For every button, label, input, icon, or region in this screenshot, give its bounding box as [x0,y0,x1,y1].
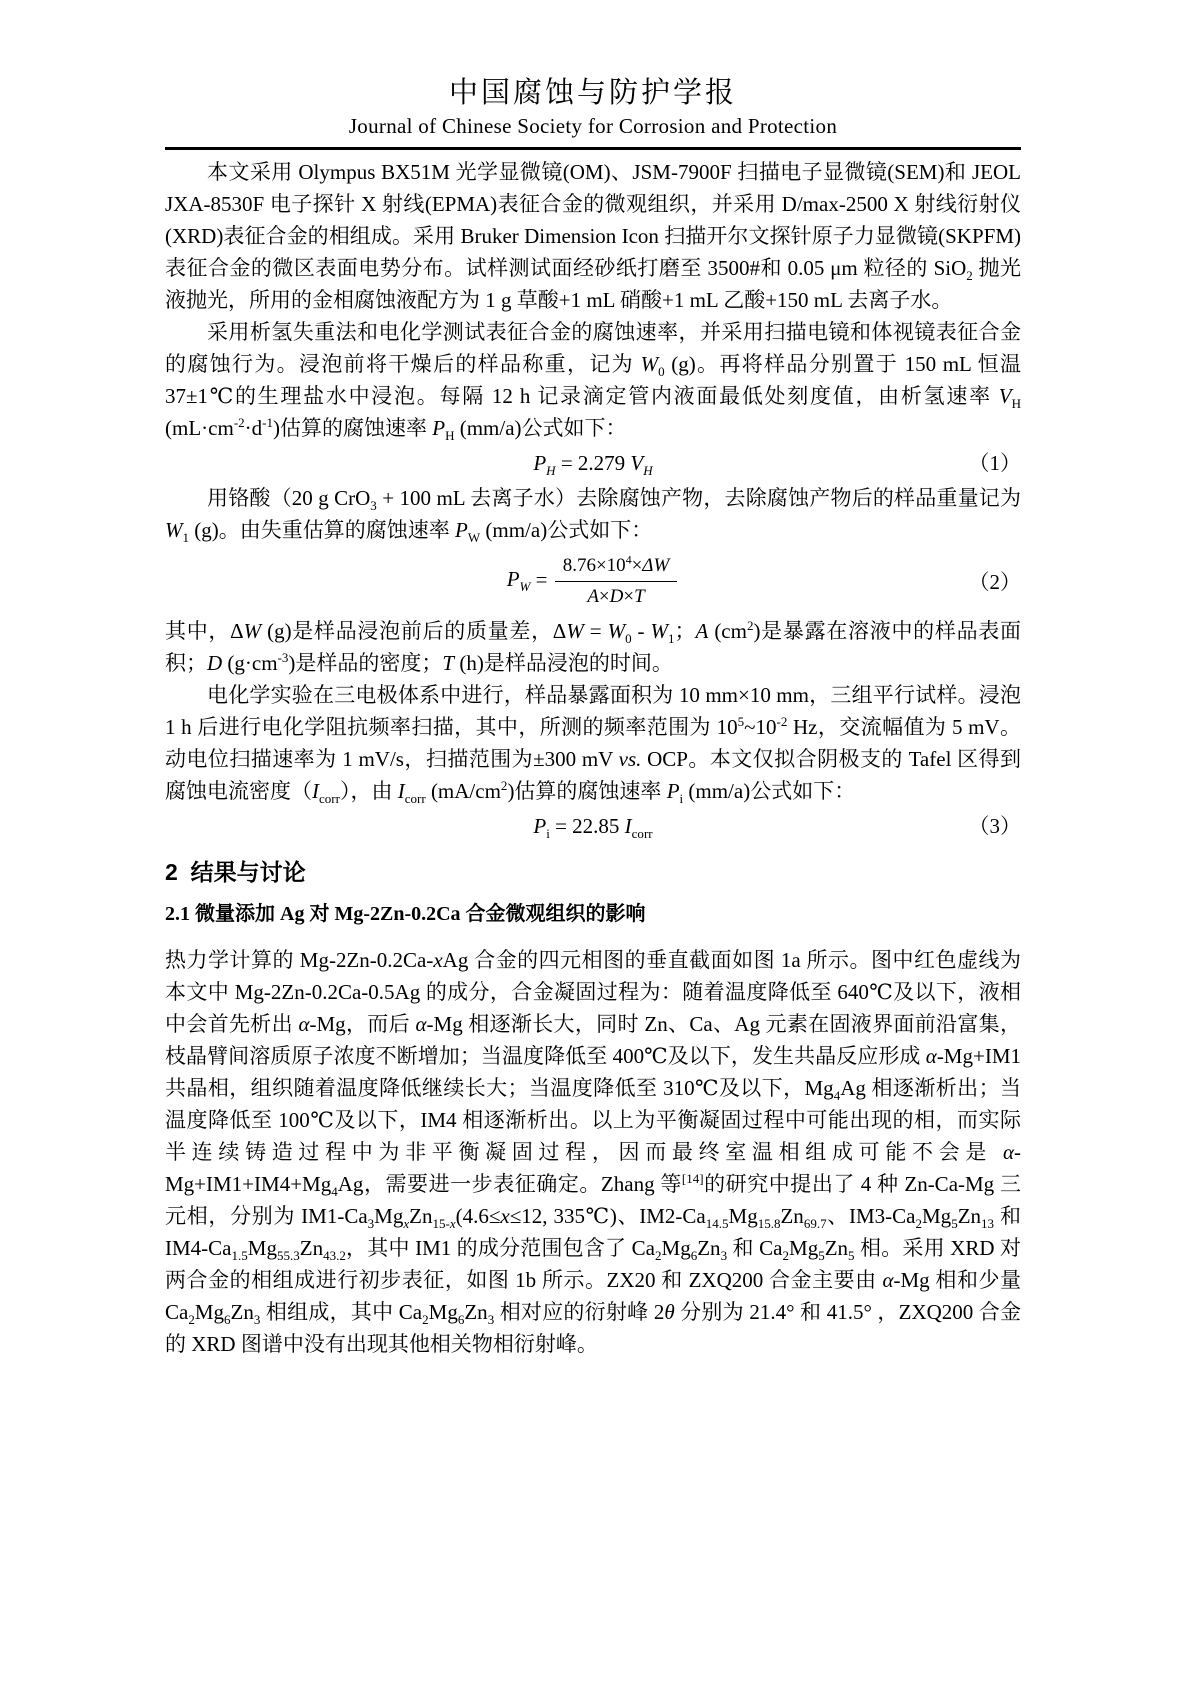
journal-title-cn: 中国腐蚀与防护学报 [165,76,1021,110]
paragraph-chromic-acid-cleaning: 用铬酸（20 g CrO3 + 100 mL 去离子水）去除腐蚀产物，去除腐蚀产… [165,482,1021,546]
equation-2-formula: PW = 8.76×104×ΔW A×D×T [507,554,680,609]
equation-2-denominator: A×D×T [555,582,678,609]
equation-2-number: （2） [969,566,1022,598]
equation-1: PH = 2.279 VH （1） [165,447,1021,479]
section-heading-results-discussion: 2 结果与讨论 [165,858,1021,886]
paragraph-characterization-methods: 本文采用 Olympus BX51M 光学显微镜(OM)、JSM-7900F 扫… [165,156,1021,316]
equation-2: PW = 8.76×104×ΔW A×D×T （2） [165,554,1021,609]
journal-title-en: Journal of Chinese Society for Corrosion… [165,114,1021,139]
equation-1-formula: PH = 2.279 VH [533,447,652,479]
subsection-heading-ag-addition-effect: 2.1 微量添加 Ag 对 Mg-2Zn-0.2Ca 合金微观组织的影响 [165,902,1021,927]
paragraph-electrochemical-tests: 电化学实验在三电极体系中进行，样品暴露面积为 10 mm×10 mm，三组平行试… [165,679,1021,807]
equation-3-number: （3） [969,810,1022,842]
equation-2-lhs: PW = [507,567,548,591]
paper-page: 中国腐蚀与防护学报 Journal of Chinese Society for… [165,0,1021,1360]
equation-1-number: （1） [969,447,1022,479]
equation-2-numerator: 8.76×104×ΔW [555,554,678,582]
paragraph-variable-definitions: 其中，ΔW (g)是样品浸泡前后的质量差，ΔW = W0 - W1；A (cm2… [165,615,1021,679]
equation-3: Pi = 22.85 Icorr （3） [165,810,1021,842]
equation-3-formula: Pi = 22.85 Icorr [533,810,652,842]
equation-2-fraction: 8.76×104×ΔW A×D×T [555,554,678,609]
paragraph-thermodynamic-discussion: 热力学计算的 Mg-2Zn-0.2Ca-xAg 合金的四元相图的垂直截面如图 1… [165,944,1021,1360]
paragraph-corrosion-rate-measurement: 采用析氢失重法和电化学测试表征合金的腐蚀速率，并采用扫描电镜和体视镜表征合金的腐… [165,316,1021,444]
header-divider [165,147,1021,150]
